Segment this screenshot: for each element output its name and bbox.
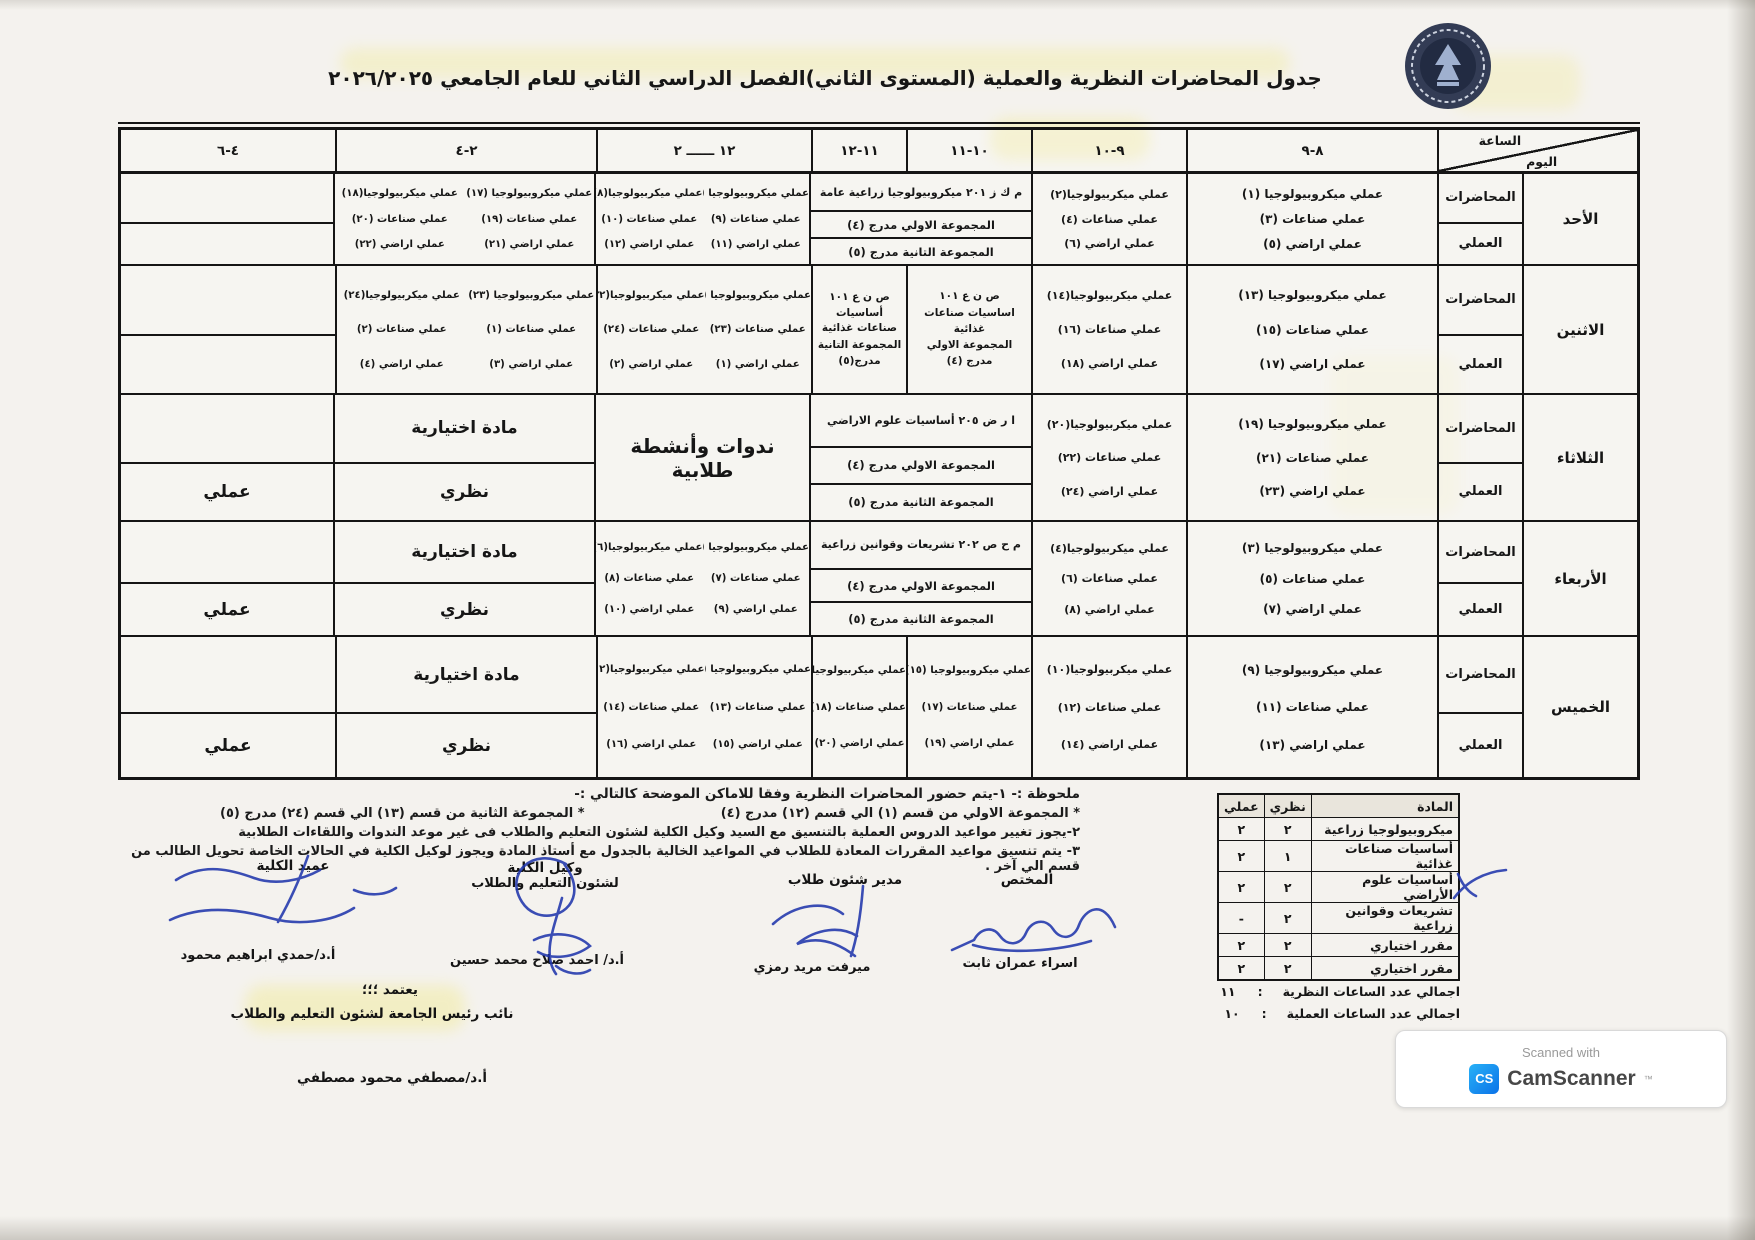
session-entry: عملي صناعات (١١)	[1188, 700, 1437, 714]
practical-label: العملي	[1439, 584, 1522, 635]
empty-upper-cell	[121, 395, 333, 464]
session-entry: عملي اراضي (٢)	[598, 359, 705, 370]
elective-subject-label: مادة اختيارية	[335, 522, 594, 584]
approval-name: أ.د/مصطفي محمود مصطفي	[297, 1070, 487, 1086]
session-entry: عملي اراضي (٦)	[1033, 237, 1186, 250]
role-line: عميد الكلية	[256, 858, 329, 874]
camscanner-prefix: Scanned with	[1522, 1045, 1600, 1060]
cell-10-11: عملي ميكروبيولوجيا (١٥)عملي صناعات (١٧)ع…	[906, 637, 1031, 777]
session-entry: عملي ميكروبيولوجيا (٢٣)	[467, 290, 597, 301]
session-entry: عملي ميكربيولوجيا(٢٠)	[1033, 418, 1186, 431]
session-entry: عملي صناعات (١٦)	[1033, 323, 1186, 336]
session-entry: عملي صناعات (٥)	[1188, 572, 1437, 586]
session-entry: عملي صناعات (٨)	[596, 573, 703, 584]
time-slot-header: ٤-٢	[335, 130, 596, 171]
cell-8-9: عملي ميكروبيولوجيا (٣)عملي صناعات (٥)عمل…	[1186, 522, 1437, 635]
cell-9-10: عملي ميكربيولوجيا(٢٠)عملي صناعات (٢٢)عمل…	[1031, 395, 1186, 520]
session-entry: عملي صناعات (٢)	[337, 324, 467, 335]
session-entry: عملي اراضي (٣)	[467, 359, 597, 370]
pair-right-column: عملي ميكروبيولوجيا (٢٣)عملي صناعات (١)عم…	[467, 266, 597, 393]
total-colon: :	[1258, 984, 1263, 999]
session-entry: عملي ميكربيولوجيا(١٨)	[335, 188, 465, 199]
summary-subject: أساسيات صناعات غذائية	[1311, 841, 1459, 872]
session-entry: عملي اراضي (١٥)	[705, 739, 812, 750]
note-line: ملحوظة :- ١-يتم حضور المحاضرات النظرية و…	[130, 786, 1080, 802]
day-row: الثلاثاءالمحاضراتالعمليعملي ميكروبيولوجي…	[121, 395, 1637, 522]
lecture-group-row: المجموعة الثانية مدرج (٥)	[811, 485, 1031, 520]
session-entry: عملي ميكروبيولوجيا (١)	[1188, 187, 1437, 201]
lecture-group-row: المجموعة الاولي مدرج (٤)	[811, 570, 1031, 604]
practical-label: العملي	[1439, 336, 1522, 393]
course-info-line: غذائية	[954, 322, 985, 337]
session-entry: عملي اراضي (٢٣)	[1188, 484, 1437, 498]
summary-header-practical: عملي	[1218, 794, 1264, 818]
page-title: جدول المحاضرات النظرية والعملية (المستوى…	[250, 66, 1400, 90]
summary-row: ميكروبيولوجيا زراعية٢٢	[1218, 818, 1459, 841]
session-entry: عملي صناعات (٢١)	[1188, 451, 1437, 465]
role-line: المختص	[1001, 872, 1053, 888]
time-slot-header: ٢ ــــــ ١٢	[596, 130, 811, 171]
day-name-3: الأربعاء	[1522, 522, 1637, 635]
day-name-1: الاثنين	[1522, 266, 1637, 393]
camscanner-trademark: ™	[1644, 1074, 1653, 1084]
approval-stamp: يعتمد ؛؛؛	[362, 982, 418, 998]
course-info-line: ص ن ع ١٠١	[829, 290, 889, 305]
cell-9-10: عملي ميكربيولوجيا(١٤)عملي صناعات (١٦)عمل…	[1031, 266, 1186, 393]
session-entry: عملي اراضي (١٧)	[1188, 357, 1437, 371]
role-line: وكيل الكلية	[471, 860, 619, 876]
session-entry: عملي اراضي (١٩)	[908, 738, 1031, 749]
summary-row: تشريعات وقوانين زراعية٢-	[1218, 903, 1459, 934]
session-entry: عملي اراضي (٢٤)	[1033, 485, 1186, 498]
hours-summary-table: المادة نظري عملي ميكروبيولوجيا زراعية٢٢أ…	[1217, 793, 1460, 981]
practical-label: العملي	[1439, 224, 1522, 265]
page-edge	[1727, 0, 1755, 1240]
session-entry: عملي صناعات (١٧)	[908, 702, 1031, 713]
elective-practical-label: عملي	[121, 464, 333, 520]
cell-4-6	[121, 174, 333, 264]
session-entry: عملي ميكروبيولوجيا (١٩)	[1188, 417, 1437, 431]
summary-theory-hours: ٢	[1264, 818, 1311, 841]
university-emblem-logo	[1398, 20, 1498, 112]
pair-right-column: عملي ميكروبيولوجيا (١١)عملي صناعات (١٣)ع…	[705, 637, 812, 777]
total-colon: :	[1262, 1006, 1267, 1021]
total-value: ١٠	[1224, 1006, 1239, 1021]
signatory-name: أ.د/حمدي ابراهيم محمود	[181, 948, 336, 963]
pair-right-column: عملي ميكروبيولوجيا (٢١)عملي صناعات (٢٣)ع…	[705, 266, 812, 393]
day-row: الأربعاءالمحاضراتالعمليعملي ميكروبيولوجي…	[121, 522, 1637, 637]
total-value: ١١	[1220, 984, 1235, 999]
elective-subject-label: مادة اختيارية	[335, 395, 594, 464]
lectures-label: المحاضرات	[1439, 522, 1522, 584]
pair-left-column: عملي ميكربيولوجيا(٨)عملي صناعات (١٠)عملي…	[596, 174, 703, 264]
cell-2-4: مادة اختياريةنظري	[335, 637, 596, 777]
lecture-course-title: م ك ز ٢٠١ ميكروبيولوجيا زراعية عامة	[811, 174, 1031, 212]
session-entry: عملي اراضي (٢٢)	[335, 239, 465, 250]
empty-upper-cell	[121, 174, 333, 224]
summary-practical-hours: ٢	[1218, 818, 1264, 841]
session-column: المحاضراتالعملي	[1437, 395, 1522, 520]
cell-9-10: عملي ميكربيولوجيا(٤)عملي صناعات (٦)عملي …	[1031, 522, 1186, 635]
total-hours-line: اجمالي عدد الساعات النظرية:١١	[1148, 984, 1460, 999]
session-entry: عملي صناعات (١٠)	[596, 214, 703, 225]
schedule-header-row: الساعةاليوم٩-٨١٠-٩١١-١٠١٢-١١٢ ــــــ ١٢٤…	[121, 130, 1637, 174]
session-entry: عملي صناعات (٢٤)	[598, 324, 705, 335]
lecture-group-row: المجموعة الاولي مدرج (٤)	[811, 448, 1031, 485]
pair-left-column: عملي ميكربيولوجيا(٢٢)عملي صناعات (٢٤)عمل…	[598, 266, 705, 393]
session-entry: عملي صناعات (٣)	[1188, 212, 1437, 226]
session-entry: عملي اراضي (٤)	[337, 359, 467, 370]
course-info-line: مدرج(٥)	[838, 354, 880, 369]
session-entry: عملي اراضي (١٤)	[1033, 738, 1186, 751]
summary-subject: تشريعات وقوانين زراعية	[1311, 903, 1459, 934]
lectures-label: المحاضرات	[1439, 395, 1522, 464]
course-info-line: مدرج (٤)	[947, 354, 993, 369]
cell-4-6	[121, 266, 335, 393]
lecture-course-title: م ح ص ٢٠٢ تشريعات وقوانين زراعية	[811, 522, 1031, 570]
session-entry: عملي ميكروبيولوجيا (٩)	[1188, 663, 1437, 677]
session-entry: عملي ميكروبيولوجيا (١٣)	[1188, 288, 1437, 302]
pair-right-column: عملي ميكروبيولوجيا (١٧)عملي صناعات (١٩)ع…	[465, 174, 595, 264]
cell-12-2: عملي ميكروبيولوجيا (٢١)عملي صناعات (٢٣)ع…	[596, 266, 811, 393]
elective-theory-label: نظري	[335, 464, 594, 520]
cell-2-4: عملي ميكروبيولوجيا (٢٣)عملي صناعات (١)عم…	[335, 266, 596, 393]
session-entry: عملي صناعات (١٨)	[813, 702, 906, 713]
note-line: * المجموعة الاولي من قسم (١) الي قسم (١٢…	[130, 806, 1080, 821]
cell-4-6: عملي	[121, 395, 333, 520]
note-group1: * المجموعة الاولي من قسم (١) الي قسم (١٢…	[721, 806, 1080, 821]
empty-upper-cell	[121, 637, 335, 714]
elective-theory-label: نظري	[337, 714, 596, 777]
time-slot-header: ١٢-١١	[811, 130, 906, 171]
session-entry: عملي ميكروبيولوجيا (١١)	[705, 664, 812, 675]
summary-theory-hours: ٢	[1264, 957, 1311, 981]
day-name-4: الخميس	[1522, 637, 1637, 777]
summary-practical-hours: ٢	[1218, 957, 1264, 981]
session-entry: عملي ميكروبيولوجيا (١٧)	[465, 188, 595, 199]
summary-theory-hours: ١	[1264, 841, 1311, 872]
summary-practical-hours: ٢	[1218, 872, 1264, 903]
empty-upper-cell	[121, 266, 335, 336]
empty-upper-cell	[121, 522, 333, 584]
session-column: المحاضراتالعملي	[1437, 637, 1522, 777]
cell-11-12: عملي ميكربيولوجيا(١٦)عملي صناعات (١٨)عمل…	[811, 637, 906, 777]
session-column: المحاضراتالعملي	[1437, 522, 1522, 635]
cell-11-12: ص ن ع ١٠١أساسيات صناعات غذائيةالمجموعة ا…	[811, 266, 906, 393]
lectures-label: المحاضرات	[1439, 637, 1522, 714]
day-name-0: الأحد	[1522, 174, 1637, 264]
signatory-role: وكيل الكليةلشئون التعليم والطلاب	[471, 860, 619, 891]
cell-10-11: ص ن ع ١٠١اساسيات صناعاتغذائيةالمجموعة ال…	[906, 266, 1031, 393]
session-entry: عملي ميكروبيولوجيا (٣)	[1188, 541, 1437, 555]
session-entry: عملي صناعات (٢٠)	[335, 214, 465, 225]
corner-cell: الساعةاليوم	[1437, 130, 1637, 171]
scanned-page: جدول المحاضرات النظرية والعملية (المستوى…	[0, 0, 1755, 1240]
cell-4-6: عملي	[121, 637, 335, 777]
session-entry: عملي ميكروبيولوجيا (١٥)	[908, 665, 1031, 676]
cell-8-9: عملي ميكروبيولوجيا (٩)عملي صناعات (١١)عم…	[1186, 637, 1437, 777]
signatory-name: اسراء عمران ثابت	[962, 956, 1077, 971]
page-edge	[0, 0, 1755, 10]
lectures-label: المحاضرات	[1439, 266, 1522, 336]
session-entry: عملي اراضي (١٨)	[1033, 357, 1186, 370]
session-entry: عملي صناعات (٩)	[703, 214, 810, 225]
session-entry: عملي اراضي (٨)	[1033, 603, 1186, 616]
pair-left-column: عملي ميكربيولوجيا(٦)عملي صناعات (٨)عملي …	[596, 522, 703, 635]
signatory-name: ميرفت مريد رمزي	[754, 960, 871, 975]
pair-left-column: عملي ميكربيولوجيا(١٨)عملي صناعات (٢٠)عمل…	[335, 174, 465, 264]
session-entry: عملي ميكروبيولوجيا (٥)	[703, 542, 810, 553]
day-name-2: الثلاثاء	[1522, 395, 1637, 520]
empty-lower-cell	[121, 224, 333, 265]
summary-subject: ميكروبيولوجيا زراعية	[1311, 818, 1459, 841]
total-label: اجمالي عدد الساعات النظرية	[1283, 984, 1460, 999]
session-entry: عملي ميكربيولوجيا(٨)	[596, 188, 703, 199]
signatory-role: المختص	[1001, 872, 1053, 888]
role-line: لشئون التعليم والطلاب	[471, 876, 619, 891]
lecture-group-row: المجموعة الثانية مدرج (٥)	[811, 603, 1031, 635]
session-column: المحاضراتالعملي	[1437, 266, 1522, 393]
elective-subject-label: مادة اختيارية	[337, 637, 596, 714]
practical-label: العملي	[1439, 464, 1522, 520]
session-entry: عملي ميكربيولوجيا(٢٤)	[337, 290, 467, 301]
summary-practical-hours: ٢	[1218, 934, 1264, 957]
practical-label: العملي	[1439, 714, 1522, 777]
cell-8-9: عملي ميكروبيولوجيا (١٩)عملي صناعات (٢١)ع…	[1186, 395, 1437, 520]
summary-subject: مقرر اختياري	[1311, 957, 1459, 981]
lecture-group-row: المجموعة التانية مدرج (٥)	[811, 239, 1031, 264]
day-row: الأحدالمحاضراتالعمليعملي ميكروبيولوجيا (…	[121, 174, 1637, 266]
lecture-course-title: ا ر ض ٢٠٥ أساسيات علوم الاراضي	[811, 395, 1031, 448]
summary-subject: مقرر اختياري	[1311, 934, 1459, 957]
time-slot-header: ٦-٤	[121, 130, 335, 171]
session-entry: عملي اراضي (١٣)	[1188, 738, 1437, 752]
pair-left-column: عملي ميكربيولوجيا(٢٤)عملي صناعات (٢)عملي…	[337, 266, 467, 393]
session-entry: عملي صناعات (٤)	[1033, 213, 1186, 226]
cell-8-9: عملي ميكروبيولوجيا (١٣)عملي صناعات (١٥)ع…	[1186, 266, 1437, 393]
session-entry: عملي اراضي (١١)	[703, 239, 810, 250]
elective-practical-label: عملي	[121, 714, 335, 777]
session-entry: عملي صناعات (١٩)	[465, 214, 595, 225]
session-entry: عملي اراضي (١٢)	[596, 239, 703, 250]
lecture-group-row: المجموعة الاولي مدرج (٤)	[811, 212, 1031, 239]
summary-theory-hours: ٢	[1264, 903, 1311, 934]
session-entry: عملي صناعات (٧)	[703, 573, 810, 584]
cell-9-10: عملي ميكربيولوجيا(٢)عملي صناعات (٤)عملي …	[1031, 174, 1186, 264]
seminars-cell: ندوات وأنشطة طلابية	[594, 395, 809, 520]
lectures-label: المحاضرات	[1439, 174, 1522, 224]
cell-2-4: مادة اختياريةنظري	[333, 522, 594, 635]
empty-lower-cell	[121, 336, 335, 393]
schedule-table: الساعةاليوم٩-٨١٠-٩١١-١٠١٢-١١٢ ــــــ ١٢٤…	[118, 127, 1640, 780]
signatory-role: مدير شئون طلاب	[788, 872, 902, 888]
cell-10-12: ا ر ض ٢٠٥ أساسيات علوم الاراضيالمجموعة ا…	[809, 395, 1031, 520]
session-entry: عملي ميكربيولوجيا(٢)	[1033, 188, 1186, 201]
summary-row: أساسيات صناعات غذائية١٢	[1218, 841, 1459, 872]
course-info-line: المجموعة الاولي	[927, 338, 1012, 353]
note-line: ٢-يجوز تغيير مواعيد الدروس العملية بالتن…	[130, 825, 1080, 840]
course-info-line: المجموعة التانية	[818, 338, 901, 353]
session-entry: عملي صناعات (١)	[467, 324, 597, 335]
cell-12-2: عملي ميكروبيولوجيا (٧)عملي صناعات (٩)عمل…	[594, 174, 809, 264]
session-entry: عملي اراضي (٢١)	[465, 239, 595, 250]
elective-practical-label: عملي	[121, 584, 333, 635]
day-label: اليوم	[1526, 154, 1557, 169]
camscanner-brand: CamScanner	[1507, 1067, 1635, 1091]
session-entry: عملي ميكربيولوجيا(١٠)	[1033, 663, 1186, 676]
session-entry: عملي اراضي (٧)	[1188, 602, 1437, 616]
approval-role: نائب رئيس الجامعة لشئون التعليم والطلاب	[231, 1006, 514, 1022]
pair-right-column: عملي ميكروبيولوجيا (٥)عملي صناعات (٧)عمل…	[703, 522, 810, 635]
session-entry: عملي ميكربيولوجيا(٦)	[596, 542, 703, 553]
session-entry: عملي ميكربيولوجيا(١٢)	[598, 664, 705, 675]
session-entry: عملي اراضي (١٠)	[596, 604, 703, 615]
cell-8-9: عملي ميكروبيولوجيا (١)عملي صناعات (٣)عمل…	[1186, 174, 1437, 264]
session-entry: عملي ميكروبيولوجيا (٢١)	[705, 290, 812, 301]
cell-12-2: عملي ميكروبيولوجيا (٥)عملي صناعات (٧)عمل…	[594, 522, 809, 635]
cell-10-12: م ك ز ٢٠١ ميكروبيولوجيا زراعية عامةالمجم…	[809, 174, 1031, 264]
session-entry: عملي صناعات (١٣)	[705, 702, 812, 713]
signature-ink	[915, 885, 1125, 960]
total-label: اجمالي عدد الساعات العملية	[1287, 1006, 1460, 1021]
summary-row: مقرر اختياري٢٢	[1218, 957, 1459, 981]
hour-label: الساعة	[1479, 133, 1522, 148]
cell-12-2: عملي ميكروبيولوجيا (١١)عملي صناعات (١٣)ع…	[596, 637, 811, 777]
camscanner-icon: CS	[1469, 1064, 1499, 1094]
session-entry: عملي صناعات (١٢)	[1033, 701, 1186, 714]
elective-theory-label: نظري	[335, 584, 594, 635]
cell-4-6: عملي	[121, 522, 333, 635]
session-entry: عملي صناعات (٢٢)	[1033, 451, 1186, 464]
cell-10-12: م ح ص ٢٠٢ تشريعات وقوانين زراعيةالمجموعة…	[809, 522, 1031, 635]
session-entry: عملي ميكربيولوجيا(٤)	[1033, 542, 1186, 555]
camscanner-badge: Scanned with CS CamScanner ™	[1395, 1030, 1727, 1108]
time-slot-header: ١٠-٩	[1031, 130, 1186, 171]
page-edge	[0, 1216, 1755, 1240]
cell-9-10: عملي ميكربيولوجيا(١٠)عملي صناعات (١٢)عمل…	[1031, 637, 1186, 777]
session-entry: عملي صناعات (٦)	[1033, 572, 1186, 585]
signatory-role: عميد الكلية	[256, 858, 329, 874]
cell-2-4: عملي ميكروبيولوجيا (١٧)عملي صناعات (١٩)ع…	[333, 174, 594, 264]
session-entry: عملي اراضي (٩)	[703, 604, 810, 615]
pair-left-column: عملي ميكربيولوجيا(١٢)عملي صناعات (١٤)عمل…	[598, 637, 705, 777]
session-entry: عملي ميكربيولوجيا(١٤)	[1033, 289, 1186, 302]
session-entry: عملي اراضي (٢٠)	[813, 738, 906, 749]
summary-row: مقرر اختياري٢٢	[1218, 934, 1459, 957]
summary-row: أساسيات علوم الأراضي٢٢	[1218, 872, 1459, 903]
cell-2-4: مادة اختياريةنظري	[333, 395, 594, 520]
time-slot-header: ٩-٨	[1186, 130, 1437, 171]
session-column: المحاضراتالعملي	[1437, 174, 1522, 264]
course-info-line: اساسيات صناعات	[924, 306, 1015, 321]
time-slot-header: ١١-١٠	[906, 130, 1031, 171]
session-entry: عملي اراضي (١)	[705, 359, 812, 370]
total-hours-line: اجمالي عدد الساعات العملية:١٠	[1148, 1006, 1460, 1021]
summary-practical-hours: ٢	[1218, 841, 1264, 872]
totals-block: اجمالي عدد الساعات النظرية:١١اجمالي عدد …	[1148, 984, 1460, 1028]
session-entry: عملي صناعات (٢٣)	[705, 324, 812, 335]
role-line: مدير شئون طلاب	[788, 872, 902, 888]
session-entry: عملي ميكروبيولوجيا (٧)	[703, 188, 810, 199]
session-entry: عملي صناعات (١٥)	[1188, 323, 1437, 337]
signatory-name: أ.د/ احمد صلاح محمد حسين	[450, 953, 624, 968]
summary-theory-hours: ٢	[1264, 934, 1311, 957]
signature-ink	[735, 878, 910, 968]
session-entry: عملي ميكربيولوجيا(١٦)	[813, 665, 906, 676]
day-row: الخميسالمحاضراتالعمليعملي ميكروبيولوجيا …	[121, 637, 1637, 777]
session-entry: عملي اراضي (١٦)	[598, 739, 705, 750]
session-entry: عملي اراضي (٥)	[1188, 237, 1437, 251]
note-group2: * المجموعة الثانية من قسم (١٣) الي قسم (…	[220, 806, 585, 821]
summary-practical-hours: -	[1218, 903, 1264, 934]
course-info-line: أساسيات صناعات غذائية	[815, 306, 904, 336]
pair-right-column: عملي ميكروبيولوجيا (٧)عملي صناعات (٩)عمل…	[703, 174, 810, 264]
summary-header-subject: المادة	[1311, 794, 1459, 818]
day-row: الاثنينالمحاضراتالعمليعملي ميكروبيولوجيا…	[121, 266, 1637, 395]
summary-theory-hours: ٢	[1264, 872, 1311, 903]
summary-header-theory: نظري	[1264, 794, 1311, 818]
session-entry: عملي صناعات (١٤)	[598, 702, 705, 713]
session-entry: عملي ميكربيولوجيا(٢٢)	[598, 290, 705, 301]
summary-subject: أساسيات علوم الأراضي	[1311, 872, 1459, 903]
course-info-line: ص ن ع ١٠١	[939, 289, 999, 304]
